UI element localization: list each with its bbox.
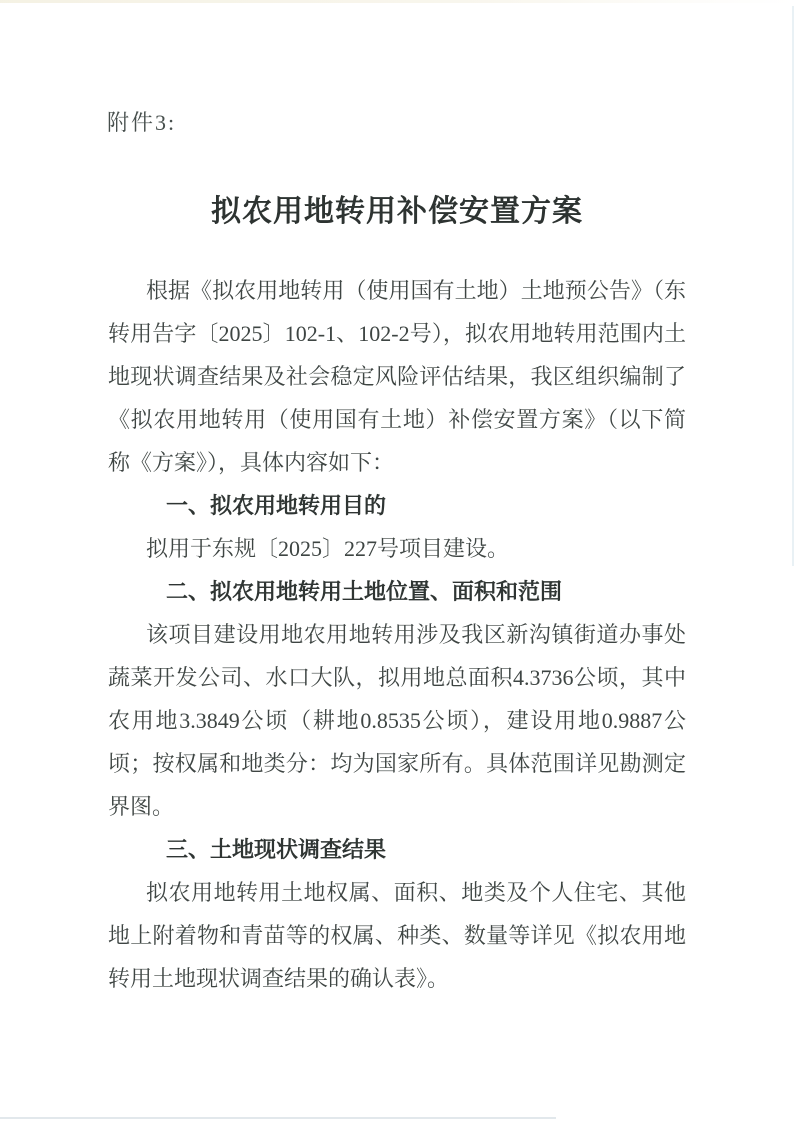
section-heading-1: 一、拟农用地转用目的 <box>108 484 686 527</box>
paragraph-intro: 根据《拟农用地转用（使用国有土地）土地预公告》（东转用告字〔2025〕102-1… <box>108 269 686 484</box>
section-heading-2: 二、拟农用地转用土地位置、面积和范围 <box>108 570 686 613</box>
attachment-label: 附件3: <box>107 106 176 137</box>
paragraph-survey-results: 拟农用地转用土地权属、面积、地类及个人住宅、其他地上附着物和青苗等的权属、种类、… <box>108 871 686 1000</box>
paragraph-location-area: 该项目建设用地农用地转用涉及我区新沟镇街道办事处蔬菜开发公司、水口大队，拟用地总… <box>108 613 686 828</box>
scan-edge-top <box>0 0 794 3</box>
document-page: 附件3: 拟农用地转用补偿安置方案 根据《拟农用地转用（使用国有土地）土地预公告… <box>0 0 794 1122</box>
section-heading-3: 三、土地现状调查结果 <box>108 828 686 871</box>
paragraph-purpose: 拟用于东规〔2025〕227号项目建设。 <box>108 527 686 570</box>
document-title: 拟农用地转用补偿安置方案 <box>108 186 686 230</box>
scan-edge-bottom <box>0 1117 556 1119</box>
document-body: 根据《拟农用地转用（使用国有土地）土地预公告》（东转用告字〔2025〕102-1… <box>108 269 686 1000</box>
